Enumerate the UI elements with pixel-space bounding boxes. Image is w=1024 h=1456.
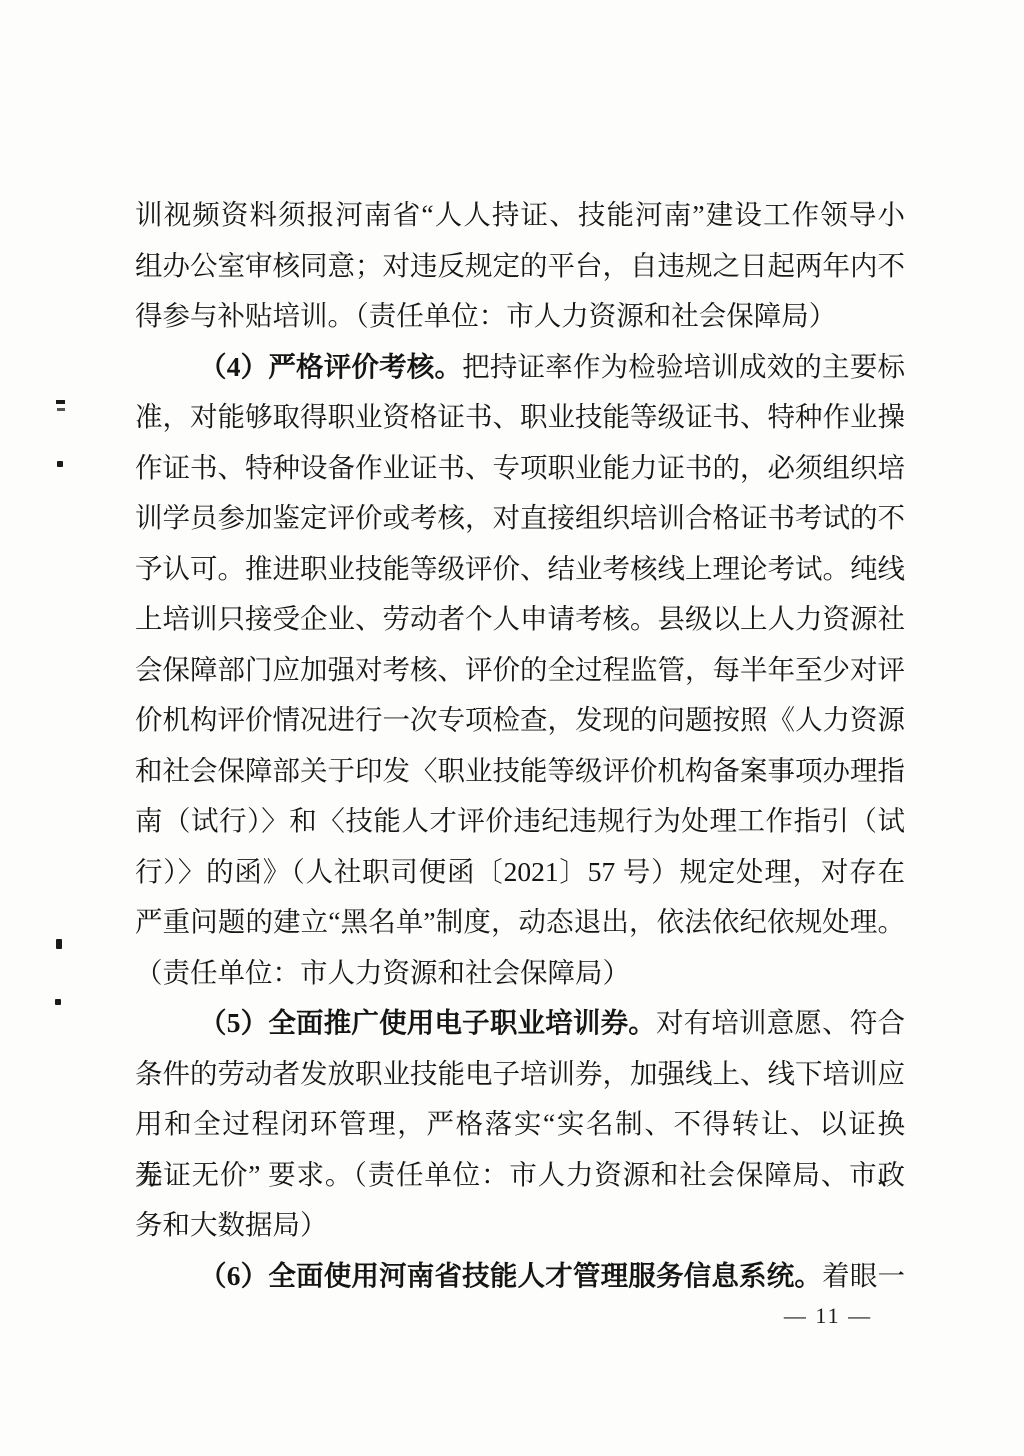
scan-speck bbox=[57, 461, 63, 467]
bold-clause-heading: （5）全面推广使用电子职业培训券。 bbox=[199, 1007, 656, 1038]
bold-clause-heading: （6）全面使用河南省技能人才管理服务信息系统。 bbox=[199, 1260, 822, 1291]
text-line: 予认可。推进职业技能等级评价、结业考核线上理论考试。纯线 bbox=[135, 544, 905, 595]
scan-speck bbox=[57, 408, 65, 411]
line-text: 训视频资料须报河南省“人人持证、技能河南”建设工作领导小 bbox=[135, 199, 905, 230]
scan-speck bbox=[56, 400, 65, 404]
scan-speck bbox=[56, 939, 62, 949]
scanned-document-page: 训视频资料须报河南省“人人持证、技能河南”建设工作领导小组办公室审核同意；对违反… bbox=[0, 0, 1024, 1456]
page-number: — 11 — bbox=[778, 1303, 878, 1329]
line-text: 条件的劳动者发放职业技能电子培训券，加强线上、线下培训应 bbox=[135, 1058, 905, 1089]
text-line: 上培训只接受企业、劳动者个人申请考核。县级以上人力资源社 bbox=[135, 594, 905, 645]
line-text: 对有培训意愿、符合 bbox=[656, 1007, 905, 1038]
text-line: （6）全面使用河南省技能人才管理服务信息系统。着眼一 bbox=[135, 1251, 905, 1302]
document-body: 训视频资料须报河南省“人人持证、技能河南”建设工作领导小组办公室审核同意；对违反… bbox=[135, 190, 905, 1301]
text-line: 严重问题的建立“黑名单”制度，动态退出，依法依纪依规处理。 bbox=[135, 897, 905, 948]
line-text: 价机构评价情况进行一次专项检查，发现的问题按照《人力资源 bbox=[135, 704, 905, 735]
line-text: 把持证率作为检验培训成效的主要标 bbox=[462, 351, 905, 382]
text-line: 用和全过程闭环管理，严格落实“实名制、不得转让、以证换券、 bbox=[135, 1099, 905, 1150]
line-text: 严重问题的建立“黑名单”制度，动态退出，依法依纪依规处理。 bbox=[135, 906, 905, 937]
line-text: 无证无价” 要求。（责任单位：市人力资源和社会保障局、市政 bbox=[135, 1159, 905, 1190]
line-text: 作证书、特种设备作业证书、专项职业能力证书的，必须组织培 bbox=[135, 452, 905, 483]
line-text: （责任单位：市人力资源和社会保障局） bbox=[135, 957, 630, 988]
line-text: 南（试行）〉和〈技能人才评价违纪违规行为处理工作指引（试 bbox=[135, 805, 905, 836]
line-text: 行）〉的函》（人社职司便函〔2021〕57 号）规定处理，对存在 bbox=[135, 856, 905, 887]
text-line: 务和大数据局） bbox=[135, 1200, 905, 1251]
text-line: （4）严格评价考核。把持证率作为检验培训成效的主要标 bbox=[135, 342, 905, 393]
line-text: 准，对能够取得职业资格证书、职业技能等级证书、特种作业操 bbox=[135, 401, 905, 432]
text-line: （责任单位：市人力资源和社会保障局） bbox=[135, 948, 905, 999]
line-text: 务和大数据局） bbox=[135, 1209, 328, 1240]
line-text: 予认可。推进职业技能等级评价、结业考核线上理论考试。纯线 bbox=[135, 553, 905, 584]
text-line: （5）全面推广使用电子职业培训券。对有培训意愿、符合 bbox=[135, 998, 905, 1049]
text-line: 会保障部门应加强对考核、评价的全过程监管，每半年至少对评 bbox=[135, 645, 905, 696]
text-line: 和社会保障部关于印发〈职业技能等级评价机构备案事项办理指 bbox=[135, 746, 905, 797]
text-line: 无证无价” 要求。（责任单位：市人力资源和社会保障局、市政 bbox=[135, 1150, 905, 1201]
text-line: 训视频资料须报河南省“人人持证、技能河南”建设工作领导小 bbox=[135, 190, 905, 241]
line-text: 得参与补贴培训。（责任单位：市人力资源和社会保障局） bbox=[135, 300, 836, 331]
bold-clause-heading: （4）严格评价考核。 bbox=[199, 351, 462, 382]
scan-speck bbox=[55, 999, 61, 1005]
text-line: 得参与补贴培训。（责任单位：市人力资源和社会保障局） bbox=[135, 291, 905, 342]
line-text: 和社会保障部关于印发〈职业技能等级评价机构备案事项办理指 bbox=[135, 755, 905, 786]
text-line: 条件的劳动者发放职业技能电子培训券，加强线上、线下培训应 bbox=[135, 1049, 905, 1100]
line-text: 上培训只接受企业、劳动者个人申请考核。县级以上人力资源社 bbox=[135, 603, 905, 634]
text-line: 准，对能够取得职业资格证书、职业技能等级证书、特种作业操 bbox=[135, 392, 905, 443]
text-line: 价机构评价情况进行一次专项检查，发现的问题按照《人力资源 bbox=[135, 695, 905, 746]
line-text: 组办公室审核同意；对违反规定的平台，自违规之日起两年内不 bbox=[135, 250, 905, 281]
text-line: 训学员参加鉴定评价或考核，对直接组织培训合格证书考试的不 bbox=[135, 493, 905, 544]
line-text: 训学员参加鉴定评价或考核，对直接组织培训合格证书考试的不 bbox=[135, 502, 905, 533]
text-line: 南（试行）〉和〈技能人才评价违纪违规行为处理工作指引（试 bbox=[135, 796, 905, 847]
line-text: 会保障部门应加强对考核、评价的全过程监管，每半年至少对评 bbox=[135, 654, 905, 685]
text-line: 作证书、特种设备作业证书、专项职业能力证书的，必须组织培 bbox=[135, 443, 905, 494]
text-line: 组办公室审核同意；对违反规定的平台，自违规之日起两年内不 bbox=[135, 241, 905, 292]
line-text: 着眼一 bbox=[822, 1260, 905, 1291]
text-line: 行）〉的函》（人社职司便函〔2021〕57 号）规定处理，对存在 bbox=[135, 847, 905, 898]
